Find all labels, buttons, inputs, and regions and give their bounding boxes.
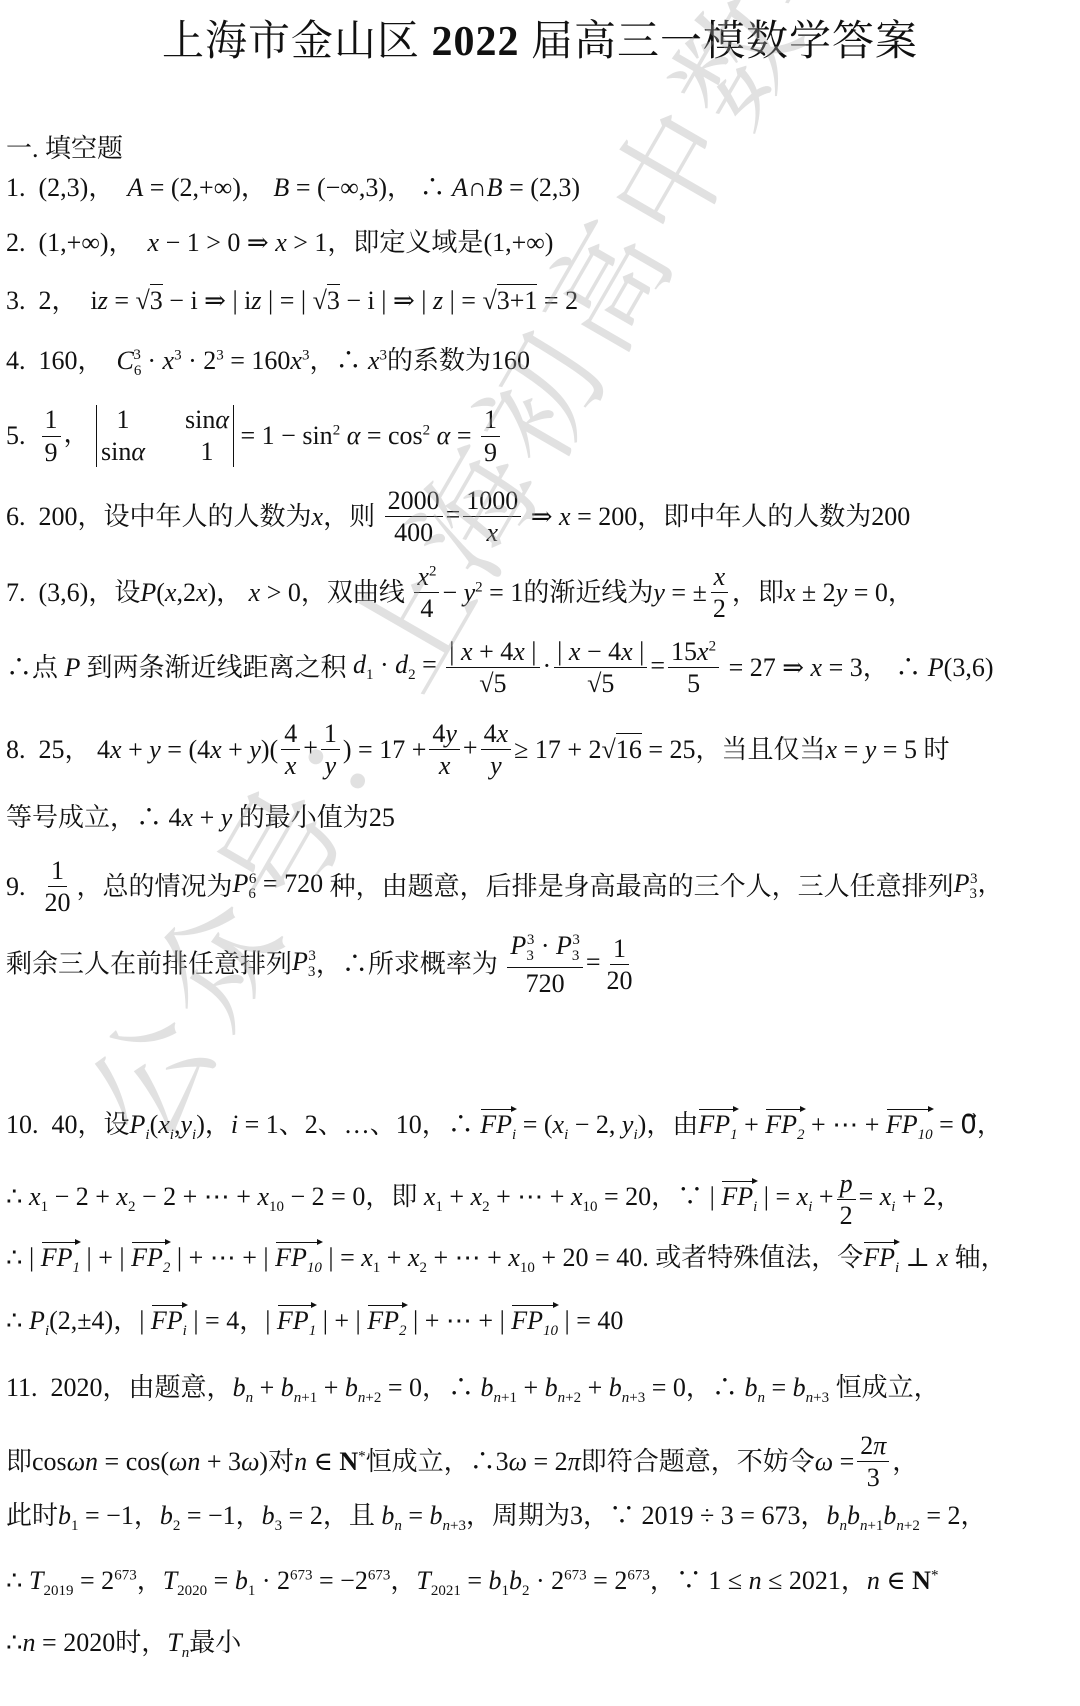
answer-5: 5. 19， 1sinα sinα1 = 1 − sin2 α = cos2 α… — [6, 405, 503, 467]
answer-10-line4: ∴ Pi(2,±4)，| FPi | = 4，| FP1 | + | FP2 |… — [6, 1308, 623, 1339]
answer-11-line2: 即cosωn = cos(ωn + 3ω)对n ∈ N*恒成立，∴3ω = 2π… — [6, 1432, 918, 1492]
answer-9: 9. 120，总的情况为P66 = 720 种，由题意，后排是身高最高的三个人，… — [6, 857, 1004, 917]
answer-8: 8. 25， 4x + y = (4x + y)(4x+1y) = 17 +4y… — [6, 720, 949, 780]
title-year: 2022 — [432, 19, 520, 65]
title-suffix: 届高三一模数学答案 — [531, 19, 918, 65]
answer-10-line3: ∴ | FP1 | + | FP2 | + ⋯ + | FP10 | = x1 … — [6, 1245, 1007, 1276]
answer-11-line4: ∴ T2019 = 2673，T2020 = b1 · 2673 = −2673… — [6, 1568, 938, 1599]
answer-7-continued: ∴点 P 到两条渐近线距离之积 d1 · d2 = | x + 4x |√5·|… — [6, 638, 993, 698]
section-heading: 一. 填空题 — [6, 128, 123, 165]
answer-11: 11. 2020，由题意，bn + bn+1 + bn+2 = 0，∴ bn+1… — [6, 1375, 940, 1406]
answer-7: 7. (3,6)，设P(x,2x)， x > 0，双曲线 x24− y2 = 1… — [6, 563, 914, 623]
answer-6: 6. 200，设中年人的人数为x，则 2000400=1000x ⇒ x = 2… — [6, 487, 910, 547]
answer-4: 4. 160， C63 · x3 · 23 = 160x3，∴ x3的系数为16… — [6, 348, 530, 379]
answer-11-line3: 此时b1 = −1，b2 = −1，b3 = 2，且 bn = bn+3，周期为… — [6, 1503, 987, 1534]
answer-9-continued: 剩余三人在前排任意排列P33，∴所求概率为 P33 · P33720=120 — [6, 932, 639, 997]
answer-1: 1. (2,3)， A = (2,+∞)， B = (−∞,3)， ∴ A∩B … — [6, 175, 580, 201]
answer-8-continued: 等号成立，∴ 4x + y 的最小值为25 — [6, 805, 395, 831]
answer-2: 2. (1,+∞)， x − 1 > 0 ⇒ x > 1，即定义域是(1,+∞) — [6, 230, 553, 256]
title-prefix: 上海市金山区 — [162, 19, 420, 65]
answer-10-line2: ∴ x1 − 2 + x2 − 2 + ⋯ + x10 − 2 = 0，即 x1… — [6, 1170, 962, 1230]
document-title: 上海市金山区 2022 届高三一模数学答案 — [0, 8, 1080, 68]
answer-11-line5: ∴n = 2020时，Tn最小 — [6, 1630, 241, 1661]
answer-10: 10. 40，设Pi(xi,yi)，i = 1、2、…、10，∴ FPi = (… — [6, 1112, 1003, 1143]
answer-3: 3. 2， iz = √3 − i ⇒ | iz | = | √3 − i | … — [6, 288, 578, 314]
